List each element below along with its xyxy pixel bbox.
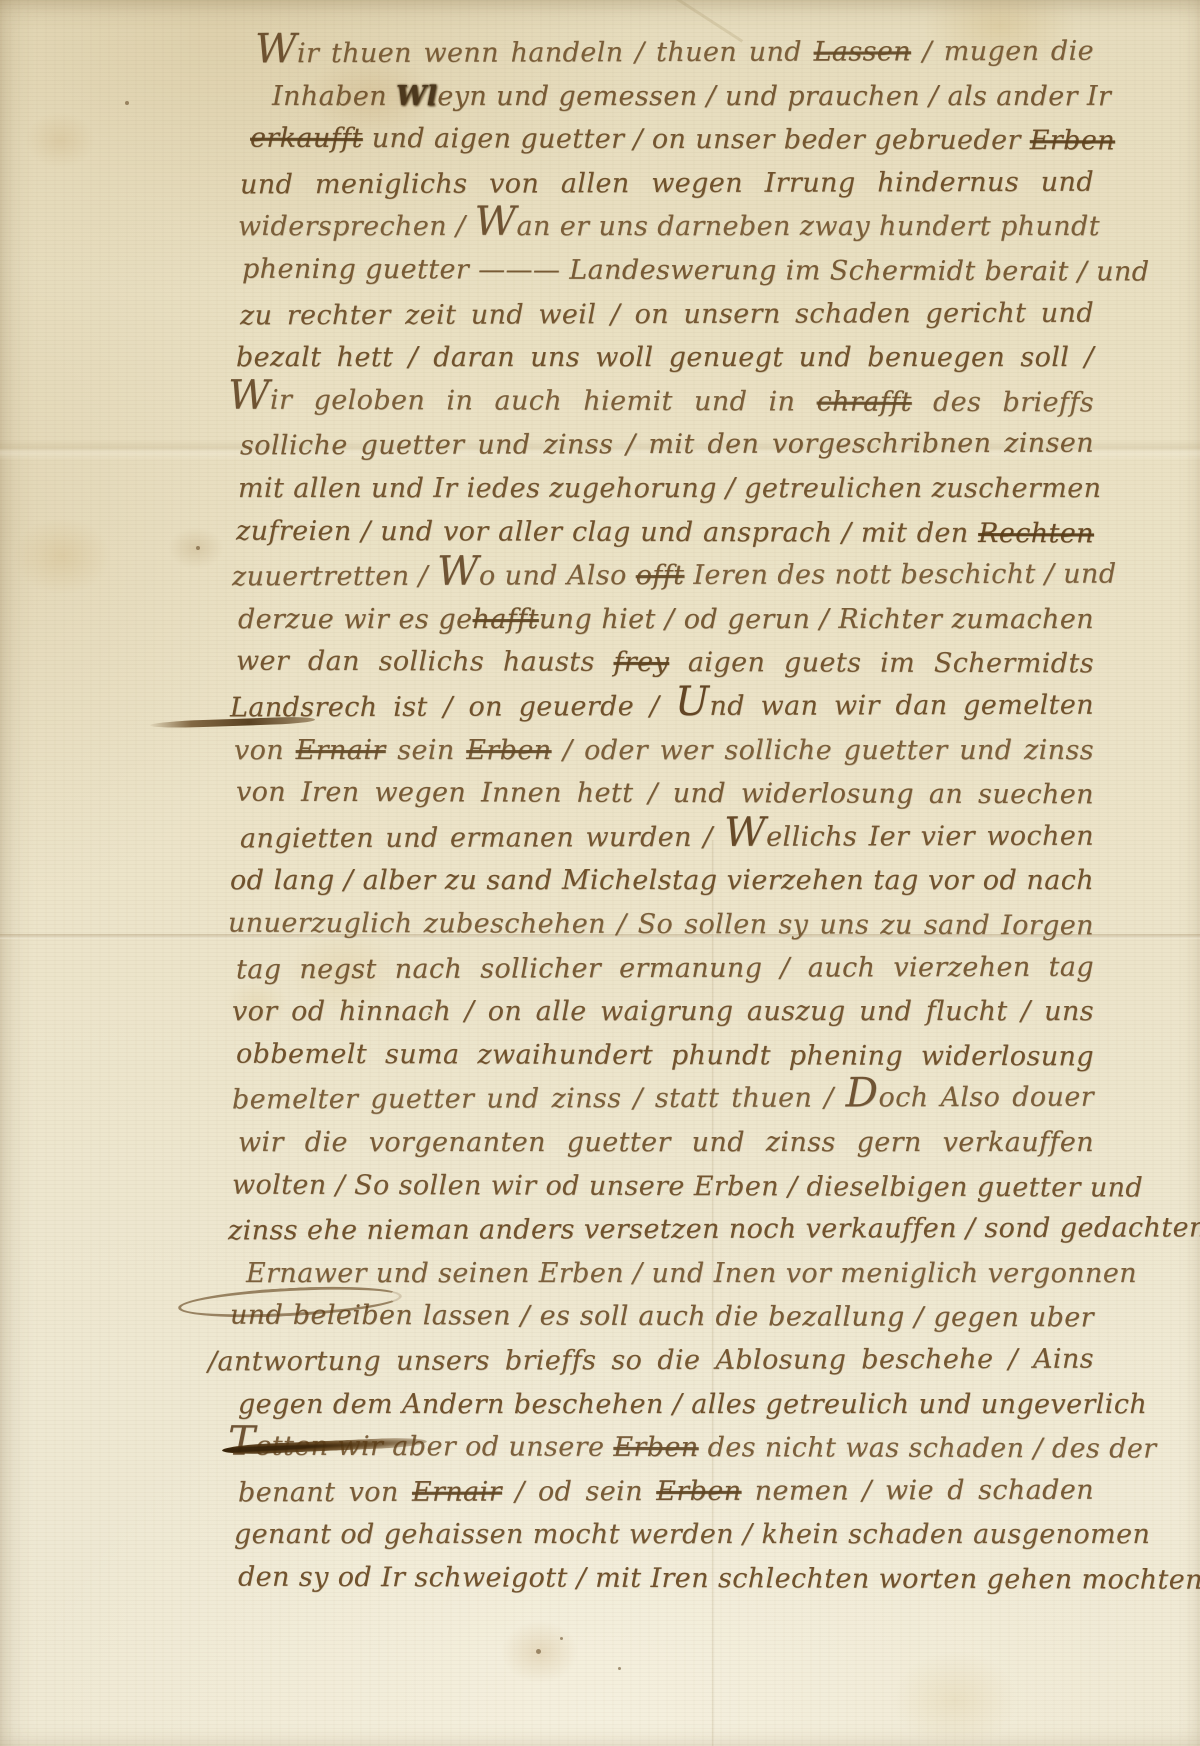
struck-word: Lassen (813, 36, 911, 67)
handwritten-text: wer dan sollichs hausts (236, 646, 614, 678)
manuscript-line: wer dan sollichs hausts frey aigen guets… (236, 647, 1094, 680)
handwritten-text: / mugen die (911, 36, 1094, 68)
flourished-capital: U (675, 677, 710, 725)
manuscript-line: Wir geloben in auch hiemit und in chraff… (228, 386, 1094, 419)
struck-word: erkaufft (250, 123, 363, 154)
foxing-speck (536, 1649, 541, 1654)
manuscript-line: Wir thuen wenn handeln / thuen und Lasse… (255, 37, 1094, 70)
manuscript-line: von Iren wegen Innen hett / und widerlos… (236, 778, 1094, 811)
struck-word: offt (636, 560, 685, 591)
handwritten-text: phening guetter ——— Landeswerung im Sche… (242, 254, 1150, 288)
handwritten-text: tag negst nach sollicher ermanung / auch… (236, 952, 1094, 986)
handwritten-text: gegen dem Andern beschehen / alles getre… (238, 1389, 1147, 1420)
struck-word: chrafft (817, 386, 912, 417)
handwritten-text: nemen / wie d schaden (741, 1475, 1094, 1507)
manuscript-line: zuuertretten / Wo und Also offt Ieren de… (232, 560, 1094, 593)
ink-blot-correction: Wl (396, 81, 437, 112)
manuscript-line: zufreien / und vor aller clag und anspra… (236, 517, 1094, 550)
struck-word: Erben (656, 1476, 741, 1507)
handwritten-text: Ernawer und seinen Erben / und Inen vor … (246, 1258, 1137, 1289)
flourished-capital: W (474, 197, 516, 245)
flourished-capital: W (255, 24, 297, 72)
handwritten-text: solliche guetter und zinss / mit den vor… (240, 428, 1094, 462)
handwritten-text: / od sein (502, 1476, 656, 1507)
manuscript-line: den sy od Ir schweigott / mit Iren schle… (238, 1563, 1094, 1596)
manuscript-line: unuerzuglich zubeschehen / So sollen sy … (228, 909, 1094, 942)
handwritten-text: ung hiet / od gerun / Richter zumachen (539, 604, 1094, 635)
handwritten-text: angietten und ermanen wurden / (240, 822, 724, 855)
manuscript-line: tag negst nach sollicher ermanung / auch… (236, 953, 1094, 986)
manuscript-page: Wir thuen wenn handeln / thuen und Lasse… (0, 0, 1200, 1746)
handwritten-text: bezalt hett / daran uns woll genuegt und… (236, 342, 1094, 373)
foxing-speck (428, 1012, 431, 1015)
flourished-capital: D (846, 1068, 879, 1116)
handwritten-text: ir geloben in auch hiemit und in (270, 385, 817, 418)
manuscript-line: angietten und ermanen wurden / Wellichs … (240, 822, 1094, 855)
handwritten-text: zu rechter zeit und weil / on unsern sch… (240, 298, 1094, 332)
handwritten-text: zinss ehe nieman anders versetzen noch v… (228, 1212, 1200, 1246)
manuscript-line: von Ernair sein Erben / oder wer sollich… (234, 736, 1094, 766)
struck-word: Erben (466, 735, 551, 766)
manuscript-line: derzue wir es gehafftung hiet / od gerun… (238, 605, 1094, 635)
handwritten-text: unuerzuglich zubeschehen / So sollen sy … (228, 908, 1094, 942)
manuscript-line: /antwortung unsers brieffs so die Ablosu… (208, 1345, 1094, 1378)
handwritten-text: och Also douer (878, 1082, 1094, 1114)
manuscript-line: gegen dem Andern beschehen / alles getre… (238, 1390, 1094, 1420)
manuscript-line: solliche guetter und zinss / mit den vor… (240, 429, 1094, 462)
handwritten-text: zufreien / und vor aller clag und anspra… (236, 516, 978, 549)
handwritten-text: ellichs Ier vier wochen (766, 821, 1094, 853)
manuscript-line: bemelter guetter und zinss / statt thuen… (232, 1083, 1094, 1116)
manuscript-line: und meniglichs von allen wegen Irrung hi… (240, 168, 1094, 201)
handwritten-text: wolten / So sollen wir od unsere Erben /… (232, 1170, 1143, 1204)
handwritten-text: des nicht was schaden / des der (699, 1432, 1157, 1464)
handwritten-text: od lang / alber zu sand Michelstag vierz… (230, 865, 1094, 896)
handwritten-text: nd wan wir dan gemelten (709, 690, 1094, 722)
flourished-capital: T (228, 1417, 256, 1465)
manuscript-line: wolten / So sollen wir od unsere Erben /… (232, 1171, 1094, 1204)
handwritten-text: zuuertretten / (232, 561, 437, 593)
manuscript-line: widersprechen / Wan er uns darneben zway… (238, 212, 1094, 242)
manuscript-line: benant von Ernair / od sein Erben nemen … (238, 1476, 1094, 1509)
struck-word: Erben (613, 1432, 698, 1463)
handwritten-text: / oder wer solliche guetter und zinss (552, 735, 1094, 766)
flourished-capital: W (228, 371, 270, 419)
handwritten-text: wir die vorgenanten guetter und zinss ge… (238, 1127, 1094, 1158)
flourished-capital: W (724, 808, 766, 856)
manuscript-line: zinss ehe nieman anders versetzen noch v… (228, 1214, 1094, 1247)
manuscript-line: zu rechter zeit und weil / on unsern sch… (240, 299, 1094, 332)
handwritten-text: mit allen und Ir iedes zugehorung / getr… (238, 473, 1101, 504)
handwritten-text: an er uns darneben zway hundert phundt (517, 211, 1100, 242)
manuscript-line: Inhaben Wleyn und gemessen / und prauche… (272, 82, 1094, 112)
struck-word: Erben (1030, 125, 1115, 156)
handwritten-text: ir thuen wenn handeln / thuen und (297, 37, 814, 70)
manuscript-line: bezalt hett / daran uns woll genuegt und… (236, 343, 1094, 373)
handwritten-text: den sy od Ir schweigott / mit Iren schle… (238, 1562, 1200, 1596)
handwritten-text: vor od hinnach / on alle waigrung auszug… (232, 996, 1094, 1027)
struck-word: frey (613, 647, 669, 678)
manuscript-line: Ernawer und seinen Erben / und Inen vor … (246, 1259, 1094, 1289)
handwritten-text: Ieren des nott beschicht / und (684, 559, 1116, 591)
handwritten-text: o und Also (479, 560, 636, 591)
manuscript-line: vor od hinnach / on alle waigrung auszug… (232, 997, 1094, 1027)
foxing-speck (618, 1667, 621, 1670)
foxing-speck (196, 546, 200, 550)
handwritten-text: des brieffs (912, 387, 1094, 419)
manuscript-line: Landsrech ist / on geuerde / Und wan wir… (230, 691, 1094, 724)
manuscript-line: wir die vorgenanten guetter und zinss ge… (238, 1128, 1094, 1158)
manuscript-line: mit allen und Ir iedes zugehorung / getr… (238, 474, 1094, 504)
handwritten-text: aigen guets im Schermidts (669, 647, 1094, 679)
handwritten-text: genant od gehaissen mocht werden / khein… (234, 1519, 1150, 1550)
manuscript-line: genant od gehaissen mocht werden / khein… (234, 1520, 1094, 1550)
handwritten-text: /antwortung unsers brieffs so die Ablosu… (208, 1344, 1094, 1378)
manuscript-line: od lang / alber zu sand Michelstag vierz… (230, 866, 1094, 896)
manuscript-line: phening guetter ——— Landeswerung im Sche… (242, 255, 1094, 288)
foxing-speck (125, 101, 129, 105)
handwritten-text: und aigen guetter / on unser beder gebru… (363, 123, 1030, 156)
struck-word: Ernair (412, 1477, 502, 1508)
handwritten-text: bemelter guetter und zinss / statt thuen… (232, 1082, 846, 1115)
handwritten-text: benant von (238, 1477, 412, 1509)
flourished-capital: W (437, 547, 479, 595)
struck-word: Ernair (296, 735, 386, 766)
handwritten-text: von Iren wegen Innen hett / und widerlos… (236, 777, 1094, 811)
manuscript-line: erkaufft und aigen guetter / on unser be… (250, 124, 1094, 157)
foxing-speck (560, 1637, 563, 1640)
handwritten-text: eyn und gemessen / und prauchen / als an… (437, 81, 1111, 112)
handwritten-text: von (234, 735, 296, 766)
margin-flourish-long-dash (150, 716, 315, 729)
handwritten-text: widersprechen / (238, 211, 474, 242)
handwritten-text: und meniglichs von allen wegen Irrung hi… (240, 167, 1094, 201)
handwritten-text: Inhaben (272, 81, 396, 112)
struck-word: hafft (472, 604, 538, 635)
handwritten-text: sein (386, 735, 467, 766)
struck-word: Rechten (978, 518, 1094, 549)
manuscript-line: obbemelt suma zwaihundert phundt phening… (236, 1040, 1094, 1073)
handwritten-text: obbemelt suma zwaihundert phundt phening… (236, 1039, 1094, 1073)
handwritten-text: derzue wir es ge (238, 604, 472, 635)
